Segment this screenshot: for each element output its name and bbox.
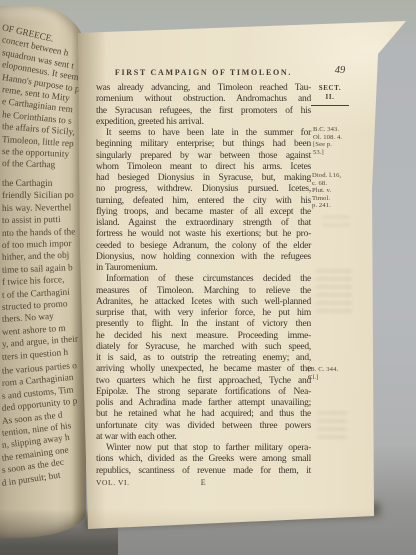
body-line: Epipolæ. The strong separate fortificati… (96, 387, 311, 398)
body-line: he decided his next measure. Proceeding … (96, 331, 311, 342)
verso-text-line: of the Carthag (2, 158, 86, 173)
book-photo: OF GREECE.concert between hsquadron was … (0, 0, 416, 555)
show-through-smudge (317, 412, 347, 440)
body-line: polis and Achradina made farther attempt… (96, 398, 311, 409)
margin-note-date: B.C. 343.Ol. 108. 4.[See p.53.] (313, 126, 363, 156)
page-footer: VOL. VI. E (96, 478, 311, 490)
body-line: Winter now put that stop to farther mili… (96, 443, 311, 454)
margin-note-line: Timol. (312, 195, 362, 203)
body-line: arriving wholly unexpected, he became ma… (96, 364, 311, 375)
body-line: had besieged Dionysius in Syracuse, but,… (96, 173, 311, 184)
margin-note-line: c. 68. (312, 180, 362, 188)
body-line: measures of Timoleon. Marching to reliev… (96, 286, 311, 297)
body-line: in Tauromenium. (96, 263, 311, 274)
page-number: 49 (322, 65, 358, 76)
margin-note-line: [See p. (313, 141, 363, 149)
body-line: romenium without obstruction. Andromachu… (96, 94, 311, 105)
body-line: flying troops, and became master of all … (96, 207, 311, 218)
recto-page: FIRST CAMPAIGN OF TIMOLEON. 49 SECT.II. … (70, 20, 410, 534)
body-line: beginning military enterprise; but thing… (96, 139, 311, 150)
verso-page: OF GREECE.concert between hsquadron was … (0, 6, 86, 538)
body-line: turning, defeated him, entered the city … (96, 196, 311, 207)
margin-note-line: Cl.] (308, 374, 360, 382)
body-line: Information of these circumstances decid… (96, 274, 311, 285)
verso-text-bottom: the various parties orom a Carthaginians… (2, 366, 86, 490)
running-head: FIRST CAMPAIGN OF TIMOLEON. (96, 68, 311, 77)
margin-note-line: [B. C. 344. (308, 366, 360, 374)
margin-note-line: Ol. 108. 4. (313, 134, 363, 142)
body-line: expedition, greeted his arrival. (96, 117, 311, 128)
body-line: surprise that, with very inferior force,… (96, 308, 311, 319)
body-line: no progress, withdrew. Dionysius pursued… (96, 184, 311, 195)
margin-note-line: Plut. v. (312, 187, 362, 195)
body-line: It seems to have been late in the summer… (96, 128, 311, 139)
body-line: presently to flight. In the instant of v… (96, 319, 311, 330)
body-line: two quarters which he first approached, … (96, 376, 311, 387)
body-line: whom Timoleon meant to direct his arms. … (96, 162, 311, 173)
body-line: was already advancing, and Timoleon reac… (96, 83, 311, 94)
body-line: singularly prepared by war between those… (96, 151, 311, 162)
body-line: Dionysius, now holding connexion with th… (96, 252, 311, 263)
body-line: republics, scantiness of revenue made fo… (96, 466, 311, 477)
body-text: was already advancing, and Timoleon reac… (96, 83, 311, 477)
show-through-smudge (316, 270, 352, 312)
section-heading-line: SECT. (308, 84, 352, 93)
body-line: at war with each other. (96, 432, 311, 443)
margin-note-citation: Diod. l.16,c. 68.Plut. v.Timol.p. 241. (312, 172, 362, 210)
section-heading-line: II. (308, 93, 352, 102)
section-heading: SECT.II. (308, 84, 352, 101)
margin-note-line: B.C. 343. (313, 126, 363, 134)
volume-label: VOL. VI. (96, 478, 130, 487)
body-line: the Syracusan refugees, the first promot… (96, 106, 311, 117)
section-rule (311, 105, 349, 106)
page-bottom-shade (70, 508, 410, 534)
signature-mark: E (201, 478, 207, 487)
show-through-smudge (322, 216, 350, 232)
body-line: Adranites, he attacked Icetes with such … (96, 297, 311, 308)
body-line: diately for Syracuse, he marched with su… (96, 342, 311, 353)
verso-text-line: the Carthagin (2, 178, 86, 190)
body-line: tions which, divided as the Greeks were … (96, 454, 311, 465)
body-line: ceeded to besiege Adranum, the colony of… (96, 241, 311, 252)
body-line: unfortunate city was divided between thr… (96, 421, 311, 432)
verso-text-line: friendly Sicilian po (2, 190, 86, 203)
verso-text-top: OF GREECE.concert between hsquadron was … (2, 22, 86, 171)
margin-note-line: 53.] (313, 149, 363, 157)
margin-note-line: Diod. l.16, (312, 172, 362, 180)
body-line: island. Against the extraordinary streng… (96, 218, 311, 229)
margin-note-date-2: [B. C. 344.Cl.] (308, 366, 360, 381)
margin-note-line: p. 241. (312, 202, 362, 210)
body-line: it is said, as to outstrip the retreatin… (96, 353, 311, 364)
body-line: fortress he would not waste his exertion… (96, 229, 311, 240)
body-line: but he retained what he had acquired; an… (96, 409, 311, 420)
verso-text-middle: the Carthaginfriendly Sicilian pohis way… (2, 178, 86, 364)
